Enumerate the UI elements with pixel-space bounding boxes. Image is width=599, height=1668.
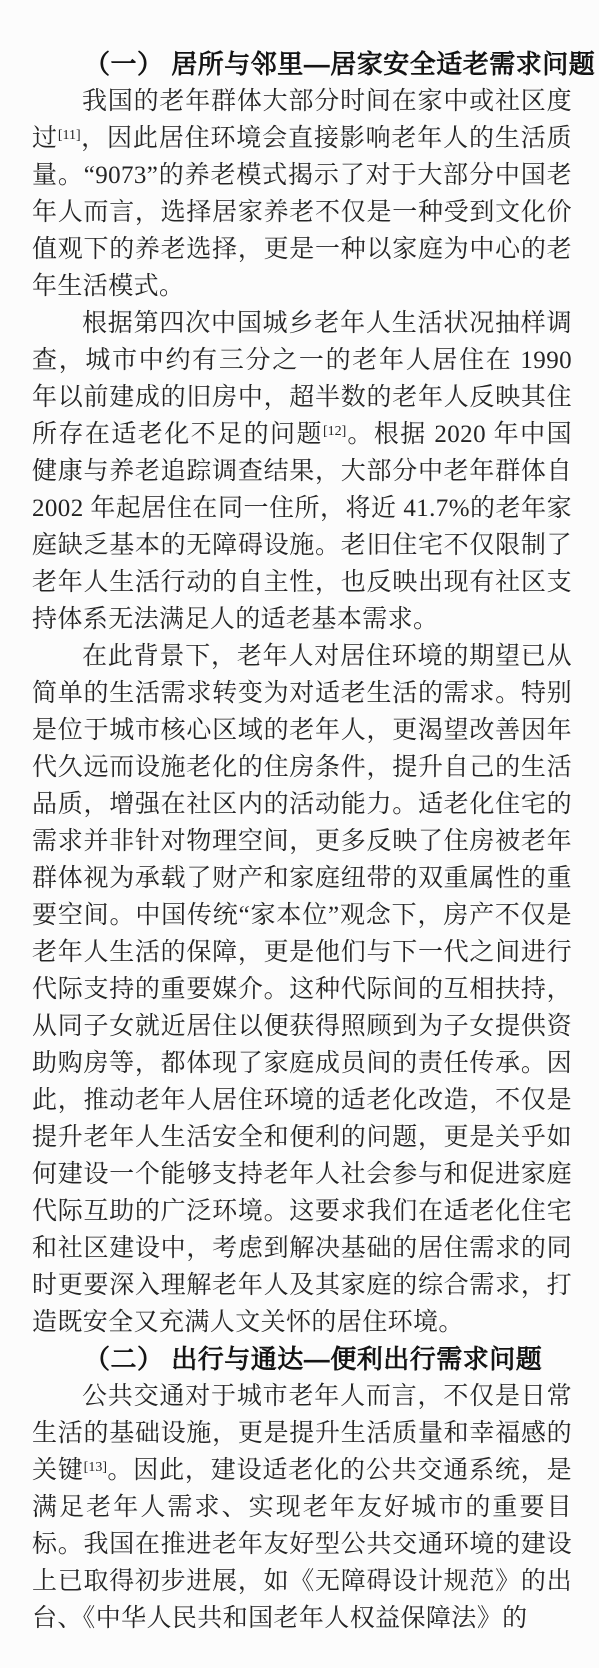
citation-ref: [11] bbox=[58, 128, 81, 143]
citation-ref: [13] bbox=[84, 1460, 107, 1475]
section-heading: （二） 出行与通达—便利出行需求问题 bbox=[32, 1341, 572, 1378]
paragraph: 根据第四次中国城乡老年人生活状况抽样调查，城市中约有三分之一的老年人居住在 19… bbox=[32, 305, 572, 638]
paragraph: 公共交通对于城市老年人而言，不仅是日常生活的基础设施，更是提升生活质量和幸福感的… bbox=[32, 1378, 572, 1637]
citation-ref: [12] bbox=[323, 424, 346, 439]
document-page: （一） 居所与邻里—居家安全适老需求问题我国的老年群体大部分时间在家中或社区度过… bbox=[0, 0, 599, 1668]
section-heading: （一） 居所与邻里—居家安全适老需求问题 bbox=[32, 46, 572, 83]
paragraph: 我国的老年群体大部分时间在家中或社区度过[11]，因此居住环境会直接影响老年人的… bbox=[32, 83, 572, 305]
paragraph: 在此背景下，老年人对居住环境的期望已从简单的生活需求转变为对适老生活的需求。特别… bbox=[32, 638, 572, 1341]
document-content: （一） 居所与邻里—居家安全适老需求问题我国的老年群体大部分时间在家中或社区度过… bbox=[32, 46, 572, 1637]
